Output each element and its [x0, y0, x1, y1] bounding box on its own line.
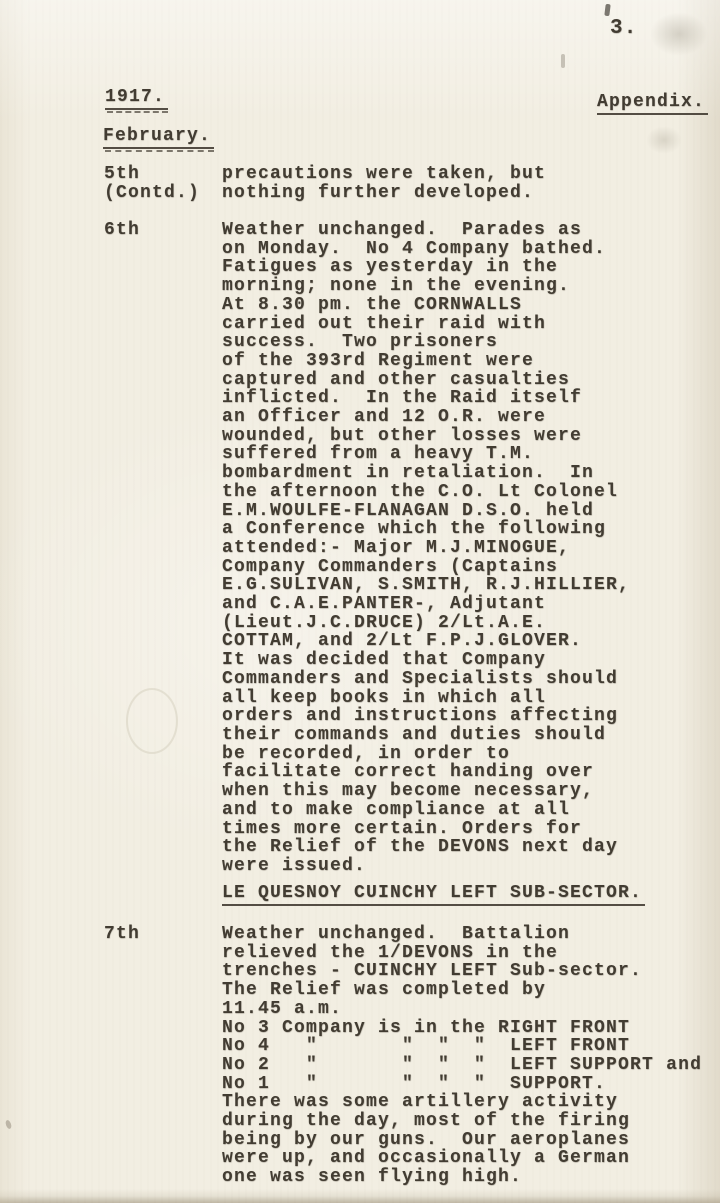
entry-date-7th: 7th	[104, 925, 140, 944]
year-heading-text: 1917.	[105, 88, 168, 110]
pencil-smudge	[646, 126, 682, 154]
appendix-label-text: Appendix.	[597, 93, 708, 115]
section-heading-text: LE QUESNOY CUINCHY LEFT SUB-SECTOR.	[222, 884, 645, 906]
section-heading: LE QUESNOY CUINCHY LEFT SUB-SECTOR.	[222, 884, 645, 906]
scan-mark	[561, 54, 565, 68]
month-heading: February.	[103, 127, 214, 149]
ink-speck	[5, 1119, 13, 1129]
appendix-label: Appendix.	[597, 93, 708, 115]
entry-text-5th: precautions were taken, but nothing furt…	[222, 165, 546, 202]
scanned-war-diary-page: 3. 1917. Appendix. February. 5th (Contd.…	[0, 0, 720, 1203]
entry-date-5th: 5th (Contd.)	[104, 165, 200, 202]
year-heading: 1917.	[105, 88, 168, 110]
paper-watermark	[126, 688, 178, 754]
page-number: 3.	[610, 20, 638, 39]
entry-date-6th: 6th	[104, 221, 140, 240]
entry-text-6th: Weather unchanged. Parades as on Monday.…	[222, 221, 630, 876]
month-heading-text: February.	[103, 127, 214, 149]
pencil-smudge	[650, 12, 708, 56]
ink-speck	[604, 4, 610, 17]
entry-text-7th: Weather unchanged. Battalion relieved th…	[222, 925, 702, 1187]
